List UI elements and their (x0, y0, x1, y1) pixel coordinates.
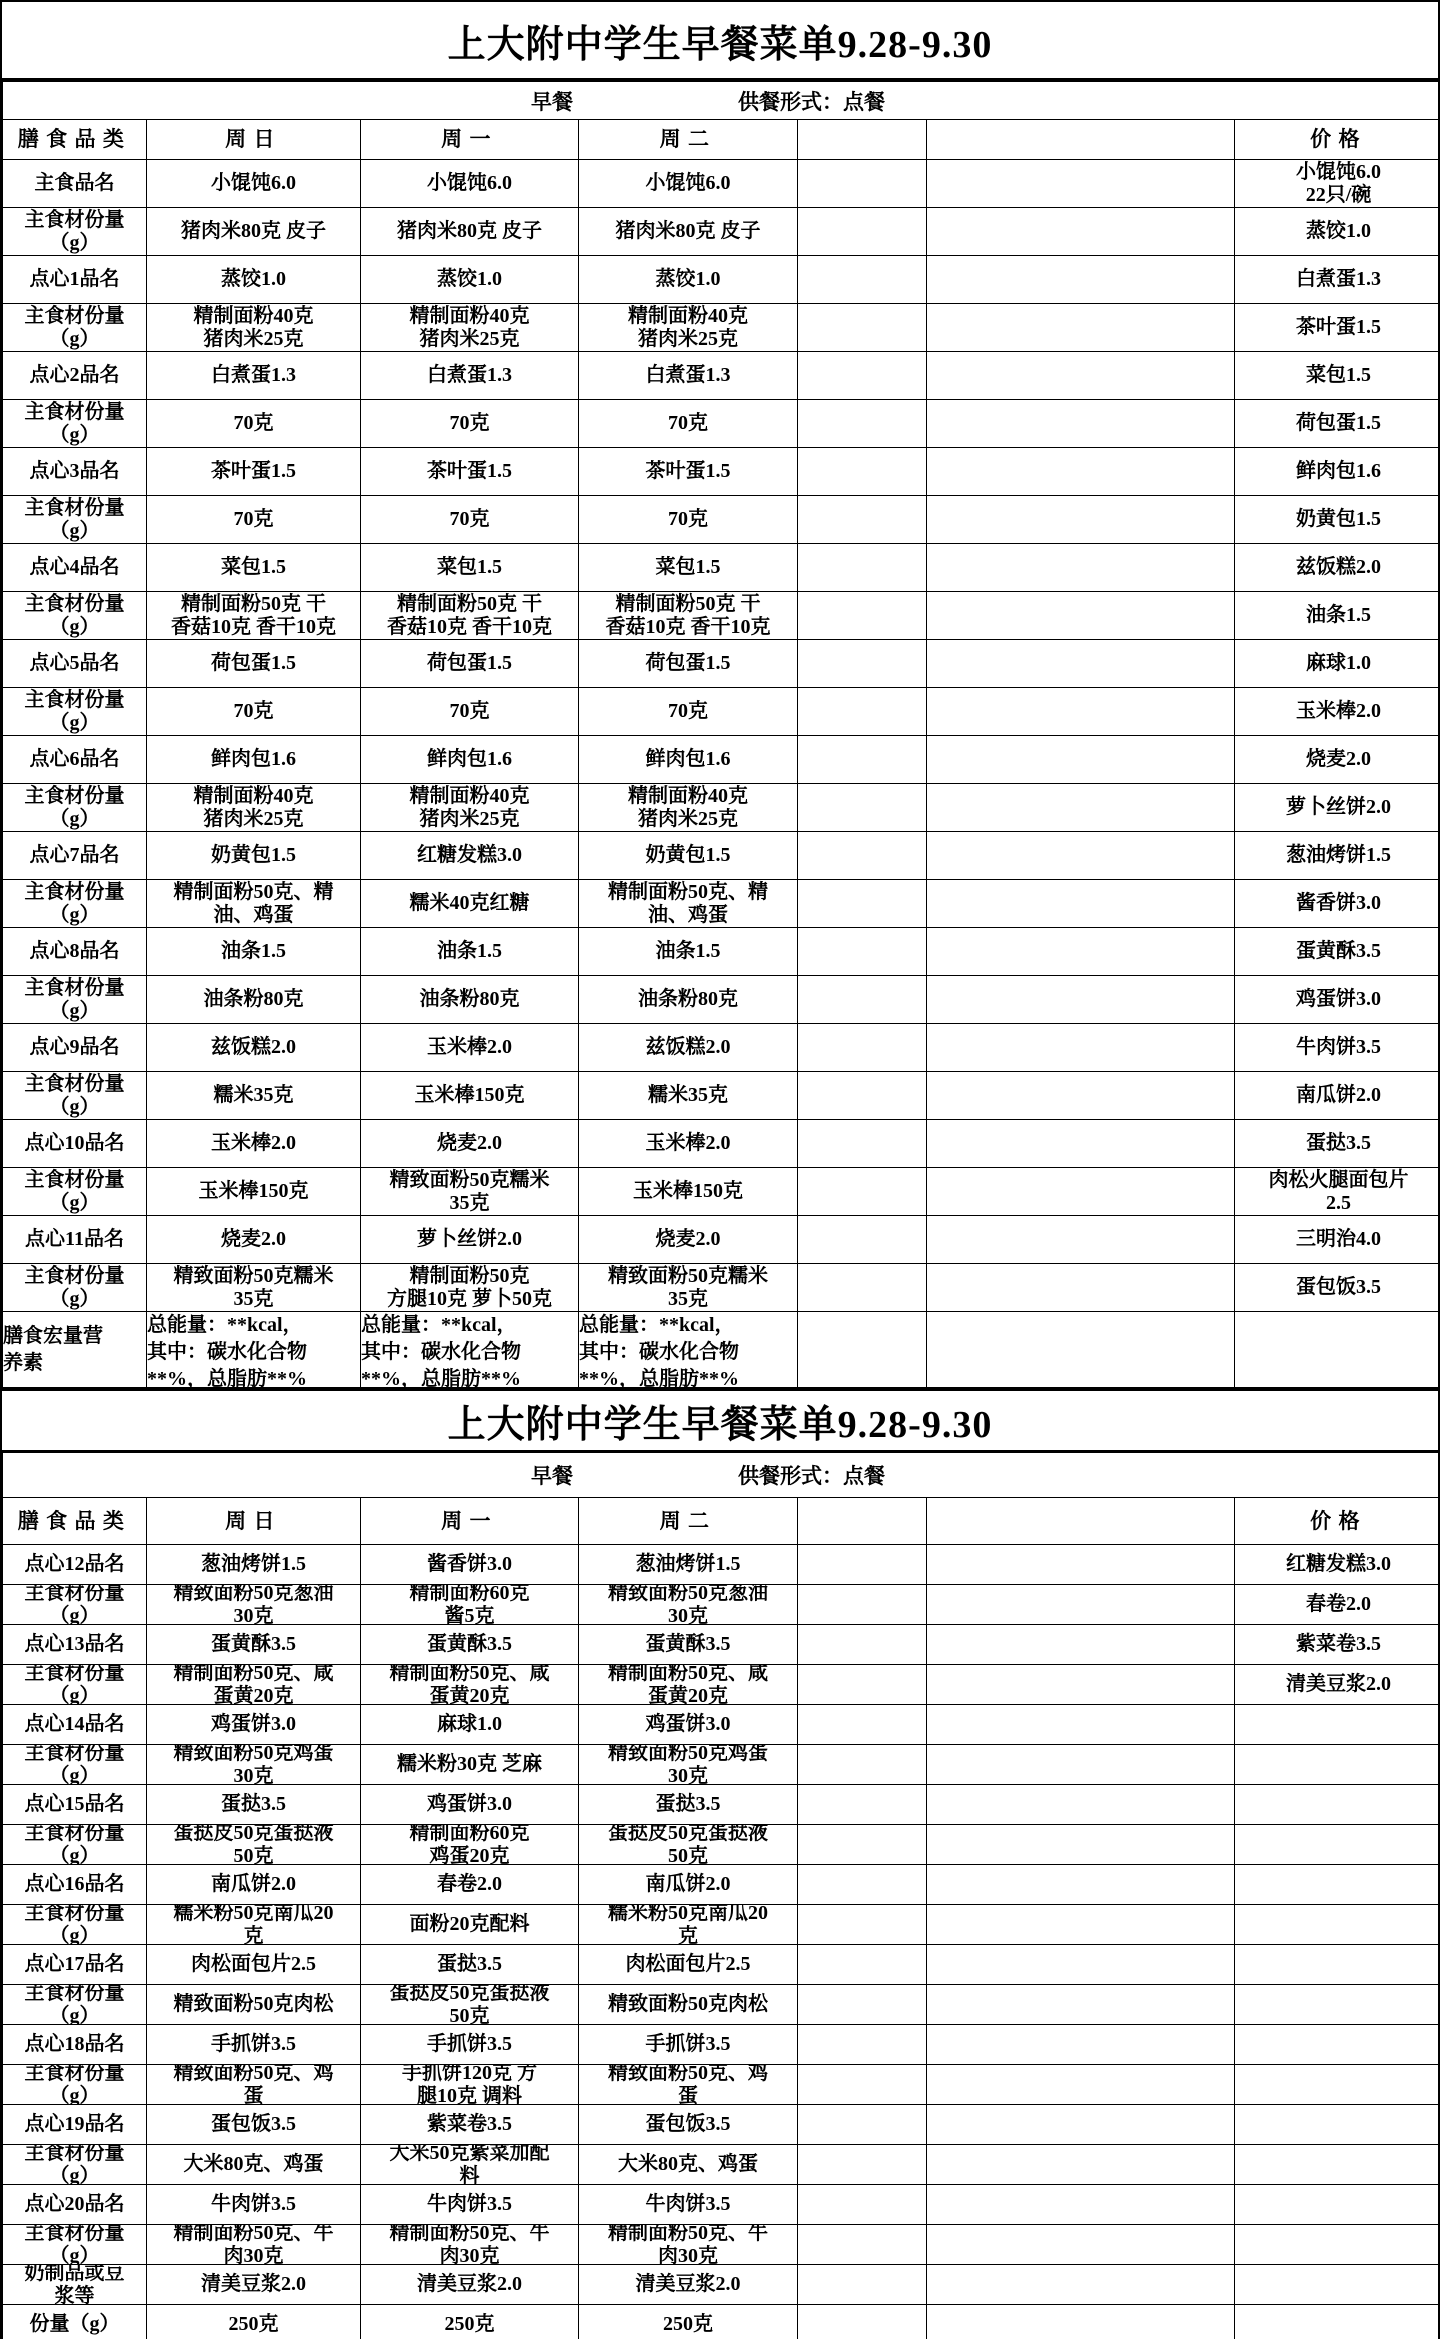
menu-cell-monday: 精制面粉50克、咸 蛋黄20克 (361, 1665, 579, 1705)
empty-cell (798, 496, 927, 544)
column-header-empty (798, 1498, 927, 1545)
menu-cell-tuesday: 菜包1.5 (579, 544, 798, 592)
menu-cell-monday: 精制面粉60克 酱5克 (361, 1585, 579, 1625)
price-cell (1235, 2185, 1440, 2225)
column-header-row: 膳食品类 周日 周一 周二 价格 (3, 120, 1440, 160)
empty-cell (927, 2105, 1235, 2145)
meal-subtitle-row: 早餐 供餐形式：点餐 (3, 1453, 1440, 1498)
breakfast-menu-document: { "page": { "title": "上大附中学生早餐菜单9.28-9.3… (0, 0, 1440, 2339)
price-cell (1235, 1945, 1440, 1985)
menu-cell-sunday: 清美豆浆2.0 (147, 2265, 361, 2305)
menu-cell-tuesday: 蒸饺1.0 (579, 256, 798, 304)
menu-cell-tuesday: 南瓜饼2.0 (579, 1865, 798, 1905)
menu-cell-monday: 精制面粉50克、牛 肉30克 (361, 2225, 579, 2265)
document-title: 上大附中学生早餐菜单9.28-9.30 (2, 1391, 1438, 1452)
price-cell: 白煮蛋1.3 (1235, 256, 1440, 304)
price-cell: 葱油烤饼1.5 (1235, 832, 1440, 880)
empty-cell (798, 1785, 927, 1825)
empty-cell (927, 1545, 1235, 1585)
menu-cell-tuesday: 蛋黄酥3.5 (579, 1625, 798, 1665)
empty-cell (927, 640, 1235, 688)
menu-cell-monday: 250克 (361, 2305, 579, 2339)
empty-cell (798, 1705, 927, 1745)
empty-cell (927, 2185, 1235, 2225)
menu-cell-tuesday: 手抓饼3.5 (579, 2025, 798, 2065)
empty-cell (798, 1625, 927, 1665)
empty-cell (927, 1585, 1235, 1625)
table-row: 主食材份量 （g）精制面粉50克、牛 肉30克精制面粉50克、牛 肉30克精制面… (3, 2225, 1440, 2265)
menu-cell-tuesday: 玉米棒2.0 (579, 1120, 798, 1168)
menu-cell-tuesday: 精制面粉50克、精 油、鸡蛋 (579, 880, 798, 928)
table-row: 点心14品名鸡蛋饼3.0麻球1.0鸡蛋饼3.0 (3, 1705, 1440, 1745)
menu-cell-monday: 荷包蛋1.5 (361, 640, 579, 688)
menu-cell-sunday: 蛋包饭3.5 (147, 2105, 361, 2145)
menu-cell-tuesday: 油条1.5 (579, 928, 798, 976)
empty-cell (927, 832, 1235, 880)
menu-cell-sunday: 玉米棒150克 (147, 1168, 361, 1216)
table-row: 主食材份量 （g）糯米粉50克南瓜20 克面粉20克配料糯米粉50克南瓜20 克 (3, 1905, 1440, 1945)
menu-cell-tuesday: 鲜肉包1.6 (579, 736, 798, 784)
menu-cell-sunday: 大米80克、鸡蛋 (147, 2145, 361, 2185)
empty-cell (927, 256, 1235, 304)
empty-cell (798, 1665, 927, 1705)
price-cell (1235, 2105, 1440, 2145)
row-label-cell: 点心3品名 (3, 448, 147, 496)
menu-cell-sunday: 荷包蛋1.5 (147, 640, 361, 688)
row-label-cell: 点心19品名 (3, 2105, 147, 2145)
menu-cell-monday: 蛋挞3.5 (361, 1945, 579, 1985)
menu-cell-monday: 酱香饼3.0 (361, 1545, 579, 1585)
empty-cell (927, 880, 1235, 928)
empty-cell (927, 1785, 1235, 1825)
row-label-cell: 点心13品名 (3, 1625, 147, 1665)
empty-cell (927, 352, 1235, 400)
menu-cell-monday: 70克 (361, 688, 579, 736)
row-label-cell: 主食材份量 （g） (3, 208, 147, 256)
row-label-cell: 膳食宏量营 养素 (3, 1312, 147, 1388)
column-header-category: 膳食品类 (3, 1498, 147, 1545)
menu-cell-sunday: 精制面粉50克、牛 肉30克 (147, 2225, 361, 2265)
table-row: 份量（g）250克250克250克 (3, 2305, 1440, 2339)
menu-cell-monday: 精制面粉40克 猪肉米25克 (361, 784, 579, 832)
empty-cell (927, 1905, 1235, 1945)
empty-cell (798, 1312, 927, 1388)
empty-cell (798, 2305, 927, 2339)
table-row: 点心8品名油条1.5油条1.5油条1.5蛋黄酥3.5 (3, 928, 1440, 976)
row-label-cell: 点心11品名 (3, 1216, 147, 1264)
menu-cell-sunday: 70克 (147, 688, 361, 736)
menu-cell-tuesday: 兹饭糕2.0 (579, 1024, 798, 1072)
price-cell: 麻球1.0 (1235, 640, 1440, 688)
menu-sheet-1: 上大附中学生早餐菜单9.28-9.30 早餐 供餐形式：点餐 膳食品类 周日 周… (0, 0, 1440, 1391)
menu-cell-tuesday: 葱油烤饼1.5 (579, 1545, 798, 1585)
menu-cell-sunday: 肉松面包片2.5 (147, 1945, 361, 1985)
table-row: 主食材份量 （g）精制面粉50克、咸 蛋黄20克精制面粉50克、咸 蛋黄20克精… (3, 1665, 1440, 1705)
menu-cell-monday: 蛋黄酥3.5 (361, 1625, 579, 1665)
empty-cell (798, 1024, 927, 1072)
menu-cell-sunday: 小馄饨6.0 (147, 160, 361, 208)
column-header-price: 价格 (1235, 1498, 1440, 1545)
menu-cell-tuesday: 精致面粉50克肉松 (579, 1985, 798, 2025)
menu-cell-tuesday: 牛肉饼3.5 (579, 2185, 798, 2225)
menu-cell-tuesday: 精制面粉40克 猪肉米25克 (579, 304, 798, 352)
empty-cell (798, 2225, 927, 2265)
price-cell (1235, 2305, 1440, 2339)
table-row: 主食品名小馄饨6.0小馄饨6.0小馄饨6.0小馄饨6.0 22只/碗 (3, 160, 1440, 208)
menu-cell-sunday: 70克 (147, 400, 361, 448)
table-row: 奶制品或豆 浆等清美豆浆2.0清美豆浆2.0清美豆浆2.0 (3, 2265, 1440, 2305)
meal-subtitle-row: 早餐 供餐形式：点餐 (3, 82, 1440, 120)
table-row: 主食材份量 （g）70克70克70克玉米棒2.0 (3, 688, 1440, 736)
menu-cell-monday: 精致面粉50克糯米 35克 (361, 1168, 579, 1216)
empty-cell (927, 1625, 1235, 1665)
table-row: 点心6品名鲜肉包1.6鲜肉包1.6鲜肉包1.6烧麦2.0 (3, 736, 1440, 784)
menu-cell-sunday: 精致面粉50克糯米 35克 (147, 1264, 361, 1312)
empty-cell (798, 448, 927, 496)
menu-cell-tuesday: 玉米棒150克 (579, 1168, 798, 1216)
table-row: 主食材份量 （g）糯米35克玉米棒150克糯米35克南瓜饼2.0 (3, 1072, 1440, 1120)
menu-cell-tuesday: 250克 (579, 2305, 798, 2339)
price-cell: 蒸饺1.0 (1235, 208, 1440, 256)
menu-cell-monday: 白煮蛋1.3 (361, 352, 579, 400)
menu-cell-tuesday: 鸡蛋饼3.0 (579, 1705, 798, 1745)
row-label-cell: 主食材份量 （g） (3, 592, 147, 640)
empty-cell (798, 1745, 927, 1785)
price-cell: 兹饭糕2.0 (1235, 544, 1440, 592)
empty-cell (798, 2105, 927, 2145)
empty-cell (798, 1264, 927, 1312)
menu-cell-monday: 糯米粉30克 芝麻 (361, 1745, 579, 1785)
menu-cell-monday: 玉米棒150克 (361, 1072, 579, 1120)
row-label-cell: 主食材份量 （g） (3, 1905, 147, 1945)
empty-cell (927, 1665, 1235, 1705)
empty-cell (798, 640, 927, 688)
menu-cell-monday: 70克 (361, 400, 579, 448)
table-row: 主食材份量 （g）精致面粉50克、鸡 蛋手抓饼120克 方 腿10克 调料精致面… (3, 2065, 1440, 2105)
menu-cell-sunday: 牛肉饼3.5 (147, 2185, 361, 2225)
menu-cell-tuesday: 70克 (579, 496, 798, 544)
empty-cell (927, 928, 1235, 976)
menu-cell-tuesday: 精致面粉50克葱油 30克 (579, 1585, 798, 1625)
empty-cell (798, 880, 927, 928)
row-label-cell: 主食材份量 （g） (3, 2065, 147, 2105)
menu-cell-monday: 菜包1.5 (361, 544, 579, 592)
table-row: 点心10品名玉米棒2.0烧麦2.0玉米棒2.0蛋挞3.5 (3, 1120, 1440, 1168)
price-cell (1235, 2145, 1440, 2185)
empty-cell (927, 160, 1235, 208)
menu-cell-tuesday: 70克 (579, 688, 798, 736)
menu-cell-monday: 总能量：**kcal， 其中：碳水化合物 **%，总脂肪**% (361, 1312, 579, 1388)
menu-cell-sunday: 菜包1.5 (147, 544, 361, 592)
menu-cell-monday: 70克 (361, 496, 579, 544)
table-row: 主食材份量 （g）蛋挞皮50克蛋挞液 50克精制面粉60克 鸡蛋20克蛋挞皮50… (3, 1825, 1440, 1865)
empty-cell (798, 1168, 927, 1216)
row-label-cell: 点心1品名 (3, 256, 147, 304)
menu-cell-monday: 面粉20克配料 (361, 1905, 579, 1945)
menu-cell-monday: 紫菜卷3.5 (361, 2105, 579, 2145)
price-cell (1235, 1865, 1440, 1905)
menu-cell-tuesday: 糯米35克 (579, 1072, 798, 1120)
empty-cell (927, 208, 1235, 256)
empty-cell (798, 1120, 927, 1168)
menu-cell-monday: 精制面粉50克 干 香菇10克 香干10克 (361, 592, 579, 640)
meal-type-label: 早餐 (531, 86, 573, 116)
row-label-cell: 主食材份量 （g） (3, 2145, 147, 2185)
table-row: 点心5品名荷包蛋1.5荷包蛋1.5荷包蛋1.5麻球1.0 (3, 640, 1440, 688)
empty-cell (927, 976, 1235, 1024)
row-label-cell: 主食材份量 （g） (3, 1168, 147, 1216)
table-row: 主食材份量 （g）油条粉80克油条粉80克油条粉80克鸡蛋饼3.0 (3, 976, 1440, 1024)
menu-cell-monday: 红糖发糕3.0 (361, 832, 579, 880)
menu-cell-monday: 鲜肉包1.6 (361, 736, 579, 784)
menu-cell-sunday: 南瓜饼2.0 (147, 1865, 361, 1905)
empty-cell (927, 2225, 1235, 2265)
price-cell (1235, 1825, 1440, 1865)
menu-cell-tuesday: 茶叶蛋1.5 (579, 448, 798, 496)
empty-cell (927, 2305, 1235, 2339)
price-cell: 牛肉饼3.5 (1235, 1024, 1440, 1072)
menu-cell-monday: 手抓饼120克 方 腿10克 调料 (361, 2065, 579, 2105)
column-header-price: 价格 (1235, 120, 1440, 160)
empty-cell (927, 2025, 1235, 2065)
empty-cell (798, 1072, 927, 1120)
empty-cell (927, 2265, 1235, 2305)
empty-cell (798, 400, 927, 448)
row-label-cell: 主食品名 (3, 160, 147, 208)
menu-cell-sunday: 精制面粉50克、精 油、鸡蛋 (147, 880, 361, 928)
empty-cell (798, 1825, 927, 1865)
price-cell: 烧麦2.0 (1235, 736, 1440, 784)
row-label-cell: 主食材份量 （g） (3, 1585, 147, 1625)
column-header-sunday: 周日 (147, 1498, 361, 1545)
price-cell: 萝卜丝饼2.0 (1235, 784, 1440, 832)
table-row: 点心20品名牛肉饼3.5牛肉饼3.5牛肉饼3.5 (3, 2185, 1440, 2225)
price-cell: 油条1.5 (1235, 592, 1440, 640)
column-header-monday: 周一 (361, 120, 579, 160)
price-cell (1235, 1905, 1440, 1945)
menu-cell-sunday: 精致面粉50克葱油 30克 (147, 1585, 361, 1625)
table-row: 主食材份量 （g）精致面粉50克糯米 35克精制面粉50克 方腿10克 萝卜50… (3, 1264, 1440, 1312)
empty-cell (927, 1120, 1235, 1168)
price-cell: 蛋包饭3.5 (1235, 1264, 1440, 1312)
table-row: 主食材份量 （g）精致面粉50克葱油 30克精制面粉60克 酱5克精致面粉50克… (3, 1585, 1440, 1625)
row-label-cell: 点心6品名 (3, 736, 147, 784)
menu-cell-monday: 清美豆浆2.0 (361, 2265, 579, 2305)
price-cell: 肉松火腿面包片 2.5 (1235, 1168, 1440, 1216)
table-row: 点心12品名葱油烤饼1.5酱香饼3.0葱油烤饼1.5红糖发糕3.0 (3, 1545, 1440, 1585)
row-label-cell: 点心14品名 (3, 1705, 147, 1745)
menu-cell-monday: 春卷2.0 (361, 1865, 579, 1905)
menu-cell-monday: 油条1.5 (361, 928, 579, 976)
table-row: 点心2品名白煮蛋1.3白煮蛋1.3白煮蛋1.3菜包1.5 (3, 352, 1440, 400)
menu-cell-monday: 大米50克紫菜加配 料 (361, 2145, 579, 2185)
service-type-label: 供餐形式：点餐 (738, 86, 885, 116)
menu-cell-sunday: 精制面粉50克 干 香菇10克 香干10克 (147, 592, 361, 640)
table-row: 主食材份量 （g）大米80克、鸡蛋大米50克紫菜加配 料大米80克、鸡蛋 (3, 2145, 1440, 2185)
empty-cell (927, 2145, 1235, 2185)
menu-cell-sunday: 糯米35克 (147, 1072, 361, 1120)
menu-cell-sunday: 蛋挞3.5 (147, 1785, 361, 1825)
menu-cell-tuesday: 清美豆浆2.0 (579, 2265, 798, 2305)
empty-cell (798, 1865, 927, 1905)
table-row: 点心15品名蛋挞3.5鸡蛋饼3.0蛋挞3.5 (3, 1785, 1440, 1825)
menu-cell-monday: 手抓饼3.5 (361, 2025, 579, 2065)
menu-cell-sunday: 250克 (147, 2305, 361, 2339)
empty-cell (927, 1312, 1235, 1388)
row-label-cell: 点心15品名 (3, 1785, 147, 1825)
price-cell: 酱香饼3.0 (1235, 880, 1440, 928)
empty-cell (927, 1024, 1235, 1072)
row-label-cell: 主食材份量 （g） (3, 1072, 147, 1120)
menu-cell-tuesday: 蛋挞3.5 (579, 1785, 798, 1825)
menu-cell-tuesday: 精制面粉50克 干 香菇10克 香干10克 (579, 592, 798, 640)
menu-cell-tuesday: 小馄饨6.0 (579, 160, 798, 208)
empty-cell (927, 1216, 1235, 1264)
table-row: 主食材份量 （g）70克70克70克奶黄包1.5 (3, 496, 1440, 544)
menu-cell-sunday: 精制面粉40克 猪肉米25克 (147, 304, 361, 352)
empty-cell (927, 496, 1235, 544)
menu-cell-sunday: 玉米棒2.0 (147, 1120, 361, 1168)
row-label-cell: 主食材份量 （g） (3, 1264, 147, 1312)
price-cell (1235, 2225, 1440, 2265)
menu-cell-monday: 茶叶蛋1.5 (361, 448, 579, 496)
price-cell: 鲜肉包1.6 (1235, 448, 1440, 496)
menu-cell-sunday: 兹饭糕2.0 (147, 1024, 361, 1072)
price-cell: 蛋黄酥3.5 (1235, 928, 1440, 976)
empty-cell (927, 400, 1235, 448)
menu-cell-monday: 精制面粉50克 方腿10克 萝卜50克 (361, 1264, 579, 1312)
menu-cell-tuesday: 精制面粉50克、咸 蛋黄20克 (579, 1665, 798, 1705)
table-row: 主食材份量 （g）精致面粉50克鸡蛋 30克糯米粉30克 芝麻精致面粉50克鸡蛋… (3, 1745, 1440, 1785)
empty-cell (927, 1264, 1235, 1312)
row-label-cell: 点心4品名 (3, 544, 147, 592)
menu-cell-sunday: 手抓饼3.5 (147, 2025, 361, 2065)
price-cell: 鸡蛋饼3.0 (1235, 976, 1440, 1024)
menu-cell-tuesday: 肉松面包片2.5 (579, 1945, 798, 1985)
table-row: 点心18品名手抓饼3.5手抓饼3.5手抓饼3.5 (3, 2025, 1440, 2065)
column-header-tuesday: 周二 (579, 120, 798, 160)
document-title: 上大附中学生早餐菜单9.28-9.30 (2, 2, 1438, 81)
table-row: 点心19品名蛋包饭3.5紫菜卷3.5蛋包饭3.5 (3, 2105, 1440, 2145)
table-row: 点心17品名肉松面包片2.5蛋挞3.5肉松面包片2.5 (3, 1945, 1440, 1985)
row-label-cell: 点心12品名 (3, 1545, 147, 1585)
price-cell: 荷包蛋1.5 (1235, 400, 1440, 448)
meal-type-label: 早餐 (531, 1460, 573, 1490)
table-row: 点心7品名奶黄包1.5红糖发糕3.0奶黄包1.5葱油烤饼1.5 (3, 832, 1440, 880)
row-label-cell: 主食材份量 （g） (3, 1665, 147, 1705)
empty-cell (798, 160, 927, 208)
empty-cell (798, 352, 927, 400)
table-row: 点心13品名蛋黄酥3.5蛋黄酥3.5蛋黄酥3.5紫菜卷3.5 (3, 1625, 1440, 1665)
price-cell: 清美豆浆2.0 (1235, 1665, 1440, 1705)
price-cell: 茶叶蛋1.5 (1235, 304, 1440, 352)
price-cell (1235, 1985, 1440, 2025)
menu-cell-sunday: 茶叶蛋1.5 (147, 448, 361, 496)
empty-cell (798, 2065, 927, 2105)
menu-cell-monday: 玉米棒2.0 (361, 1024, 579, 1072)
row-label-cell: 主食材份量 （g） (3, 976, 147, 1024)
menu-cell-tuesday: 精制面粉50克、牛 肉30克 (579, 2225, 798, 2265)
empty-cell (927, 592, 1235, 640)
empty-cell (798, 1545, 927, 1585)
menu-cell-sunday: 糯米粉50克南瓜20 克 (147, 1905, 361, 1945)
empty-cell (798, 1905, 927, 1945)
menu-cell-monday: 猪肉米80克 皮子 (361, 208, 579, 256)
table-row: 点心9品名兹饭糕2.0玉米棒2.0兹饭糕2.0牛肉饼3.5 (3, 1024, 1440, 1072)
row-label-cell: 主食材份量 （g） (3, 880, 147, 928)
menu-cell-tuesday: 总能量：**kcal， 其中：碳水化合物 **%，总脂肪**% (579, 1312, 798, 1388)
menu-cell-sunday: 精致面粉50克、鸡 蛋 (147, 2065, 361, 2105)
table-row: 点心3品名茶叶蛋1.5茶叶蛋1.5茶叶蛋1.5鲜肉包1.6 (3, 448, 1440, 496)
menu-cell-sunday: 猪肉米80克 皮子 (147, 208, 361, 256)
price-cell (1235, 1745, 1440, 1785)
menu-cell-tuesday: 白煮蛋1.3 (579, 352, 798, 400)
menu-cell-sunday: 奶黄包1.5 (147, 832, 361, 880)
empty-cell (927, 1168, 1235, 1216)
price-cell: 玉米棒2.0 (1235, 688, 1440, 736)
menu-cell-sunday: 70克 (147, 496, 361, 544)
menu-cell-sunday: 总能量：**kcal， 其中：碳水化合物 **%，总脂肪**% (147, 1312, 361, 1388)
row-label-cell: 主食材份量 （g） (3, 400, 147, 448)
empty-cell (798, 1945, 927, 1985)
column-header-sunday: 周日 (147, 120, 361, 160)
menu-cell-tuesday: 糯米粉50克南瓜20 克 (579, 1905, 798, 1945)
column-header-empty (927, 1498, 1235, 1545)
empty-cell (927, 448, 1235, 496)
empty-cell (927, 544, 1235, 592)
menu-cell-sunday: 蛋挞皮50克蛋挞液 50克 (147, 1825, 361, 1865)
empty-cell (798, 784, 927, 832)
menu-cell-sunday: 精制面粉40克 猪肉米25克 (147, 784, 361, 832)
table-row: 点心16品名南瓜饼2.0春卷2.0南瓜饼2.0 (3, 1865, 1440, 1905)
empty-cell (798, 208, 927, 256)
menu-cell-tuesday: 荷包蛋1.5 (579, 640, 798, 688)
empty-cell (927, 736, 1235, 784)
menu-cell-monday: 小馄饨6.0 (361, 160, 579, 208)
empty-cell (798, 2185, 927, 2225)
breakfast-menu-table-2: 早餐 供餐形式：点餐 膳食品类 周日 周一 周二 价格 点心12品名葱油烤饼1.… (2, 1452, 1440, 2339)
menu-cell-tuesday: 奶黄包1.5 (579, 832, 798, 880)
service-type-label: 供餐形式：点餐 (738, 1460, 885, 1490)
menu-cell-sunday: 烧麦2.0 (147, 1216, 361, 1264)
menu-cell-sunday: 鸡蛋饼3.0 (147, 1705, 361, 1745)
row-label-cell: 点心8品名 (3, 928, 147, 976)
menu-cell-sunday: 精致面粉50克鸡蛋 30克 (147, 1745, 361, 1785)
empty-cell (798, 1585, 927, 1625)
table-row: 主食材份量 （g）猪肉米80克 皮子猪肉米80克 皮子猪肉米80克 皮子蒸饺1.… (3, 208, 1440, 256)
column-header-empty (927, 120, 1235, 160)
empty-cell (927, 1865, 1235, 1905)
meal-subtitle-cell: 早餐 供餐形式：点餐 (3, 1453, 1440, 1498)
empty-cell (798, 928, 927, 976)
menu-cell-sunday: 蒸饺1.0 (147, 256, 361, 304)
empty-cell (927, 1705, 1235, 1745)
empty-cell (798, 256, 927, 304)
row-label-cell: 点心17品名 (3, 1945, 147, 1985)
price-cell: 春卷2.0 (1235, 1585, 1440, 1625)
table-row: 点心4品名菜包1.5菜包1.5菜包1.5兹饭糕2.0 (3, 544, 1440, 592)
row-label-cell: 点心16品名 (3, 1865, 147, 1905)
table-row: 主食材份量 （g）精制面粉50克、精 油、鸡蛋糯米40克红糖精制面粉50克、精 … (3, 880, 1440, 928)
price-cell (1235, 1785, 1440, 1825)
menu-cell-sunday: 葱油烤饼1.5 (147, 1545, 361, 1585)
menu-cell-monday: 鸡蛋饼3.0 (361, 1785, 579, 1825)
row-label-cell: 主食材份量 （g） (3, 1745, 147, 1785)
menu-cell-tuesday: 蛋挞皮50克蛋挞液 50克 (579, 1825, 798, 1865)
menu-cell-sunday: 精制面粉50克、咸 蛋黄20克 (147, 1665, 361, 1705)
empty-cell (798, 832, 927, 880)
row-label-cell: 点心9品名 (3, 1024, 147, 1072)
